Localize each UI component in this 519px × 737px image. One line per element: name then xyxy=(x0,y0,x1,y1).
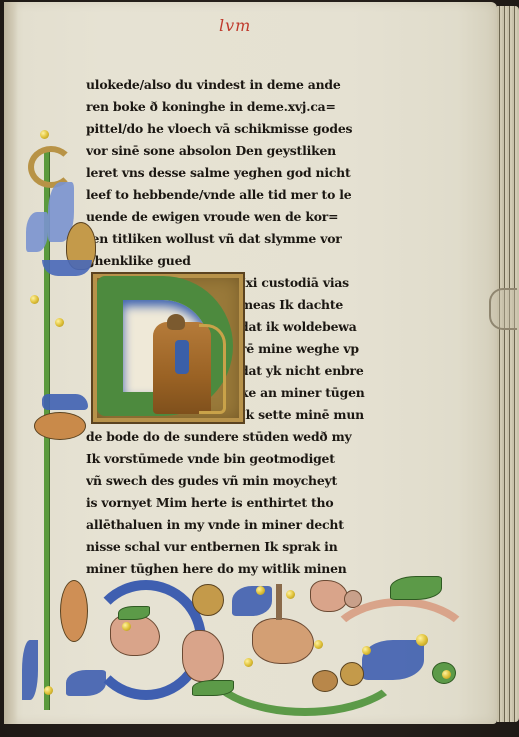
blue-leaf-icon xyxy=(362,640,424,680)
gold-scroll-icon xyxy=(60,580,88,642)
rose-flower-icon xyxy=(252,618,314,664)
initial-letter-d-icon xyxy=(97,276,233,416)
illuminated-initial xyxy=(91,272,245,424)
blue-leaf-icon xyxy=(232,586,272,616)
text-line: de bode do de sundere stūden wedð my xyxy=(86,426,396,448)
green-leaf-icon xyxy=(118,606,150,620)
text-line: leret vns desse salme yeghen god nicht xyxy=(86,162,396,184)
blue-scroll-icon xyxy=(42,260,92,276)
gold-scroll-icon xyxy=(192,584,224,616)
text-line: uende de ewigen vroude wen de kor= xyxy=(86,206,396,228)
blue-leaf-icon xyxy=(26,212,48,252)
text-line: ren boke ð koninghe in deme.xvj.ca= xyxy=(86,96,396,118)
gold-dot-icon xyxy=(122,622,131,631)
gold-dot-icon xyxy=(256,586,265,595)
gold-dot-icon xyxy=(30,295,39,304)
gold-scroll-icon xyxy=(34,412,86,440)
text-line: Ik vorstūmede vnde bin geotmodiget xyxy=(86,448,396,470)
folio-number: lvm xyxy=(219,16,251,35)
book-clasp-icon xyxy=(489,288,517,330)
gold-dot-icon xyxy=(44,686,53,695)
text-line: vor sinē sone absolon Den geystliken xyxy=(86,140,396,162)
flower-stem-icon xyxy=(276,584,282,620)
gold-dot-icon xyxy=(40,130,49,139)
gold-scroll-icon xyxy=(340,662,364,686)
text-line: ghenklike gued xyxy=(86,250,396,272)
text-line: is vornyet Mim herte is enthirtet tho xyxy=(86,492,396,514)
page-gutter xyxy=(4,2,18,724)
gold-dot-icon xyxy=(314,640,323,649)
gold-dot-icon xyxy=(244,658,253,667)
blue-leaf-icon xyxy=(22,640,38,700)
gold-dot-icon xyxy=(286,590,295,599)
gold-leaf-icon xyxy=(312,670,338,692)
gold-dot-icon xyxy=(416,634,428,646)
green-leaf-icon xyxy=(390,576,442,600)
gold-dot-icon xyxy=(55,318,64,327)
green-leaf-icon xyxy=(192,680,234,696)
gold-dot-icon xyxy=(362,646,371,655)
manuscript-page: lvm ulokede/also du vindest in deme ande… xyxy=(4,2,497,724)
harp-icon xyxy=(199,324,226,414)
rose-flower-icon xyxy=(110,614,160,656)
blue-leaf-icon xyxy=(66,670,106,696)
gold-dot-icon xyxy=(442,670,451,679)
text-line: nisse schal vur entbernen Ik sprak in xyxy=(86,536,396,558)
blue-leaf-icon xyxy=(42,394,88,410)
floral-border-bottom xyxy=(22,570,452,700)
text-line: allēthaluen in my vnde in miner decht xyxy=(86,514,396,536)
acanthus-scroll-left xyxy=(22,142,78,292)
rose-leaf-icon xyxy=(310,580,348,612)
text-line: pittel/do he vloech vā schikmisse godes xyxy=(86,118,396,140)
text-line: leef to hebbende/vnde alle tid mer to le xyxy=(86,184,396,206)
text-line: vñ swech des gudes vñ min moycheyt xyxy=(86,470,396,492)
text-line: ten titliken wollust vñ dat slymme vor xyxy=(86,228,396,250)
text-line: ulokede/also du vindest in deme ande xyxy=(86,74,396,96)
page-fore-edge xyxy=(497,6,519,722)
